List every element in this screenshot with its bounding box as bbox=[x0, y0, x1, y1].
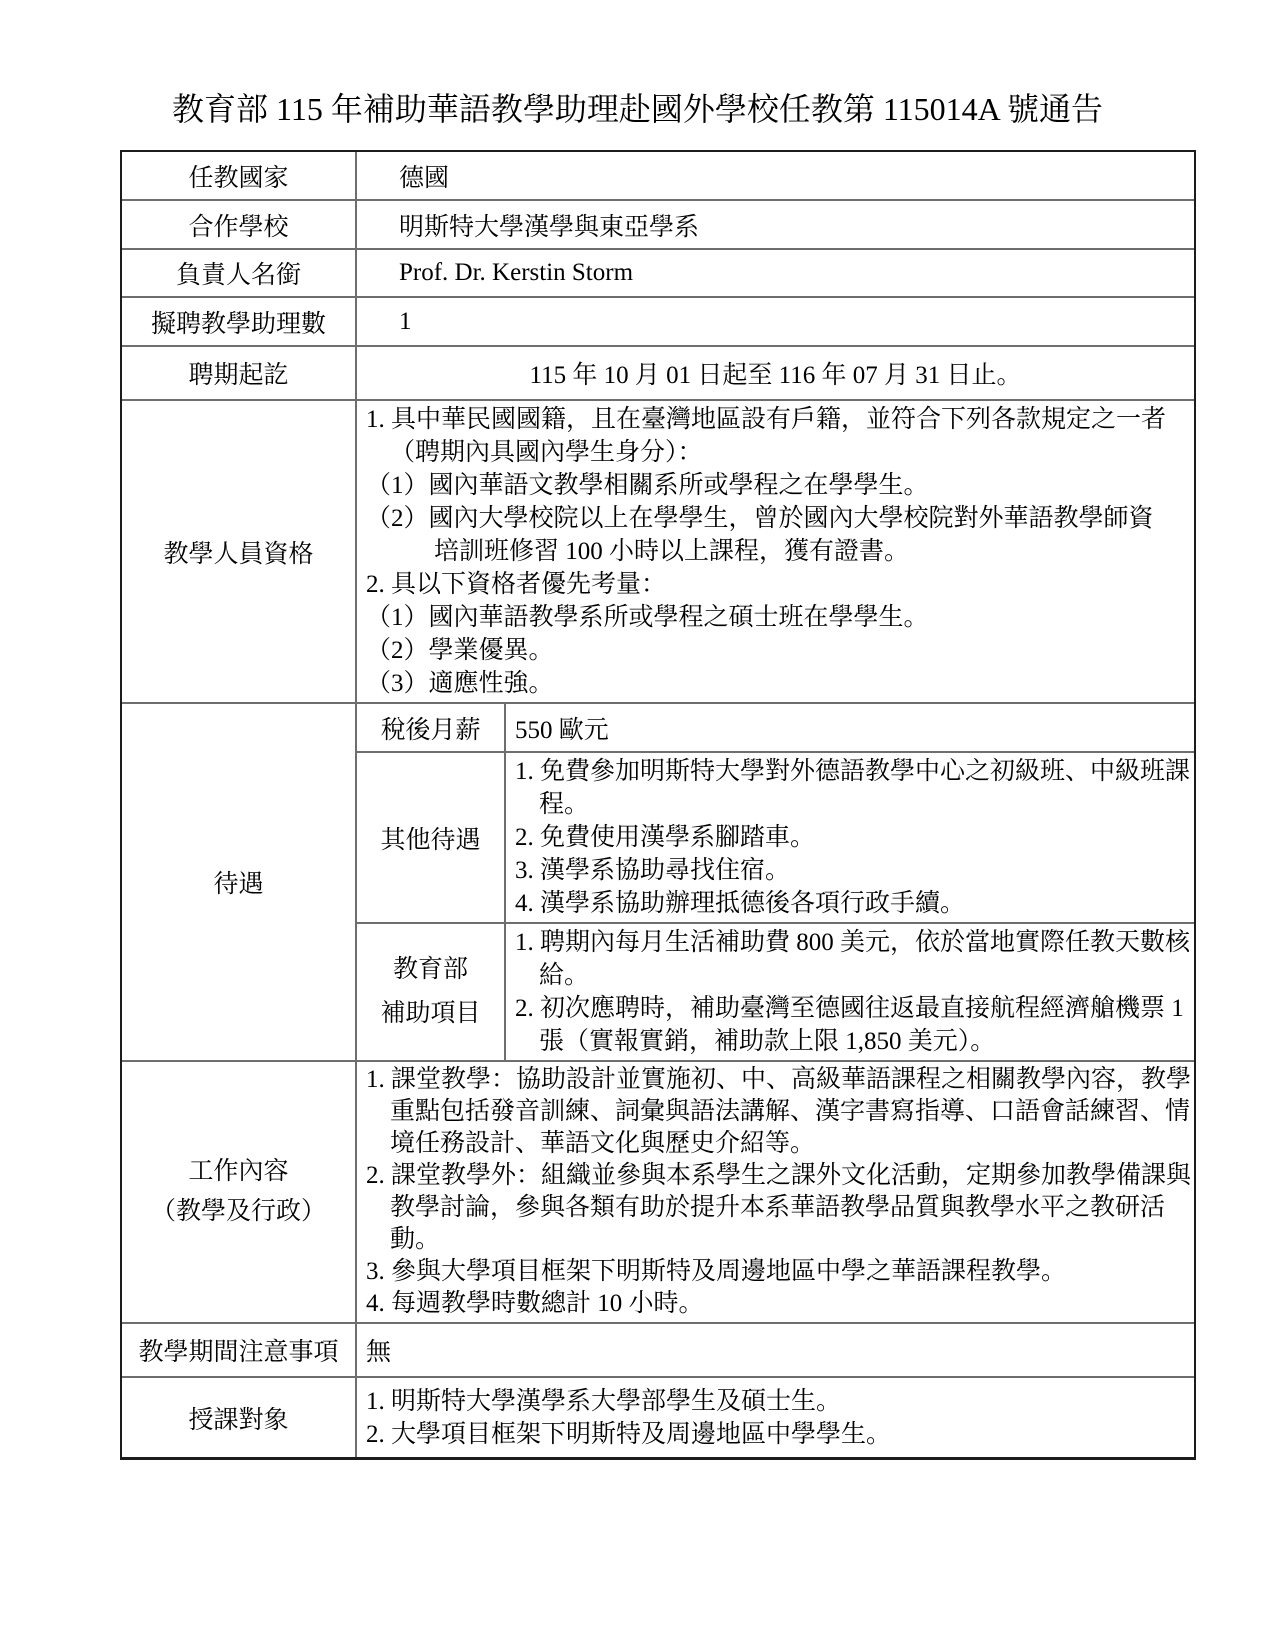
row-value: 德國 bbox=[357, 152, 1194, 199]
text-line: 培訓班修習 100 小時以上課程，獲有證書。 bbox=[366, 535, 1190, 568]
label-line: （教學及行政） bbox=[151, 1192, 326, 1232]
table-row-audience: 授課對象 1. 明斯特大學漢學系大學部學生及碩士生。 2. 大學項目框架下明斯特… bbox=[122, 1376, 1194, 1457]
text-line: （聘期內具國內學生身分）： bbox=[366, 436, 1190, 469]
subrow-value: 550 歐元 bbox=[506, 704, 1194, 751]
text-line: 3. 參與大學項目框架下明斯特及周邊地區中學之華語課程教學。 bbox=[366, 1256, 1190, 1288]
document-page: 教育部 115 年補助華語教學助理赴國外學校任教第 115014A 號通告 任教… bbox=[0, 0, 1275, 1650]
row-label: 任教國家 bbox=[122, 152, 357, 199]
table-row-notes: 教學期間注意事項 無 bbox=[122, 1322, 1194, 1376]
subrow-label: 其他待遇 bbox=[357, 753, 506, 922]
text-line: 2. 免費使用漢學系腳踏車。 bbox=[515, 821, 1190, 854]
row-content: 1. 明斯特大學漢學系大學部學生及碩士生。 2. 大學項目框架下明斯特及周邊地區… bbox=[357, 1378, 1194, 1457]
row-label: 擬聘教學助理數 bbox=[122, 298, 357, 345]
text-line: 4. 每週教學時數總計 10 小時。 bbox=[366, 1288, 1190, 1320]
text-line: （1）國內華語教學系所或學程之碩士班在學學生。 bbox=[366, 601, 1190, 634]
text-line: 程。 bbox=[515, 788, 1190, 821]
subrow-moe-subsidy: 教育部 補助項目 1. 聘期內每月生活補助費 800 美元，依於當地實際任教天數… bbox=[357, 922, 1194, 1060]
text-line: 給。 bbox=[515, 959, 1190, 992]
row-label: 待遇 bbox=[122, 704, 357, 1060]
subrow-other-benefits: 其他待遇 1. 免費參加明斯特大學對外德語教學中心之初級班、中級班課 程。 2.… bbox=[357, 751, 1194, 922]
page-title: 教育部 115 年補助華語教學助理赴國外學校任教第 115014A 號通告 bbox=[0, 84, 1275, 130]
text-line: 2. 課堂教學外：組織並參與本系學生之課外文化活動，定期參加教學備課與 bbox=[366, 1160, 1190, 1192]
row-content: 1. 課堂教學：協助設計並實施初、中、高級華語課程之相關教學內容，教學 重點包括… bbox=[357, 1062, 1194, 1322]
text-line: 1. 聘期內每月生活補助費 800 美元，依於當地實際任教天數核 bbox=[515, 926, 1190, 959]
table-row-director: 負責人名銜 Prof. Dr. Kerstin Storm bbox=[122, 248, 1194, 296]
text-line: 教學討論，參與各類有助於提升本系華語教學品質與教學水平之教研活 bbox=[366, 1192, 1190, 1224]
text-line: （1）國內華語文教學相關系所或學程之在學學生。 bbox=[366, 469, 1190, 502]
text-line: 張（實報實銷，補助款上限 1,850 美元）。 bbox=[515, 1025, 1190, 1058]
notice-table: 任教國家 德國 合作學校 明斯特大學漢學與東亞學系 負責人名銜 Prof. Dr… bbox=[120, 150, 1196, 1460]
text-line: 境任務設計、華語文化與歷史介紹等。 bbox=[366, 1128, 1190, 1160]
label-line: 工作內容 bbox=[188, 1152, 288, 1192]
row-label: 負責人名銜 bbox=[122, 250, 357, 296]
table-row-benefits: 待遇 稅後月薪 550 歐元 其他待遇 1. 免費參加明斯特大學對外德語教學中心… bbox=[122, 702, 1194, 1060]
subrow-content: 1. 免費參加明斯特大學對外德語教學中心之初級班、中級班課 程。 2. 免費使用… bbox=[506, 753, 1194, 922]
text-line: 1. 具中華民國國籍，且在臺灣地區設有戶籍，並符合下列各款規定之一者 bbox=[366, 403, 1190, 436]
subrow-content: 1. 聘期內每月生活補助費 800 美元，依於當地實際任教天數核 給。 2. 初… bbox=[506, 924, 1194, 1060]
subrow-label: 教育部 補助項目 bbox=[357, 924, 506, 1060]
table-row-school: 合作學校 明斯特大學漢學與東亞學系 bbox=[122, 199, 1194, 248]
text-line: 2. 具以下資格者優先考量： bbox=[366, 568, 1190, 601]
row-label: 合作學校 bbox=[122, 201, 357, 248]
table-row-period: 聘期起訖 115 年 10 月 01 日起至 116 年 07 月 31 日止。 bbox=[122, 345, 1194, 399]
row-label: 授課對象 bbox=[122, 1378, 357, 1457]
table-row-country: 任教國家 德國 bbox=[122, 152, 1194, 199]
text-line: 3. 漢學系協助尋找住宿。 bbox=[515, 854, 1190, 887]
row-value: 1 bbox=[357, 298, 1194, 345]
text-line: （2）國內大學校院以上在學學生，曾於國內大學校院對外華語教學師資 bbox=[366, 502, 1190, 535]
row-value: 無 bbox=[357, 1324, 1194, 1376]
row-label: 工作內容 （教學及行政） bbox=[122, 1062, 357, 1322]
label-line: 教育部 bbox=[393, 948, 468, 992]
subrow-salary: 稅後月薪 550 歐元 bbox=[357, 704, 1194, 751]
table-row-qualifications: 教學人員資格 1. 具中華民國國籍，且在臺灣地區設有戶籍，並符合下列各款規定之一… bbox=[122, 399, 1194, 702]
text-line: （3）適應性強。 bbox=[366, 667, 1190, 700]
row-value: Prof. Dr. Kerstin Storm bbox=[357, 250, 1194, 296]
text-line: 2. 大學項目框架下明斯特及周邊地區中學學生。 bbox=[366, 1418, 1190, 1451]
text-line: 1. 免費參加明斯特大學對外德語教學中心之初級班、中級班課 bbox=[515, 755, 1190, 788]
row-value: 明斯特大學漢學與東亞學系 bbox=[357, 201, 1194, 248]
row-label: 聘期起訖 bbox=[122, 347, 357, 399]
row-content: 1. 具中華民國國籍，且在臺灣地區設有戶籍，並符合下列各款規定之一者 （聘期內具… bbox=[357, 401, 1194, 702]
row-label: 教學人員資格 bbox=[122, 401, 357, 702]
row-label: 教學期間注意事項 bbox=[122, 1324, 357, 1376]
label-line: 補助項目 bbox=[380, 992, 480, 1036]
table-row-duties: 工作內容 （教學及行政） 1. 課堂教學：協助設計並實施初、中、高級華語課程之相… bbox=[122, 1060, 1194, 1322]
table-row-ta-count: 擬聘教學助理數 1 bbox=[122, 296, 1194, 345]
text-line: 重點包括發音訓練、詞彙與語法講解、漢字書寫指導、口語會話練習、情 bbox=[366, 1096, 1190, 1128]
text-line: 4. 漢學系協助辦理抵德後各項行政手續。 bbox=[515, 887, 1190, 920]
benefits-subtable: 稅後月薪 550 歐元 其他待遇 1. 免費參加明斯特大學對外德語教學中心之初級… bbox=[357, 704, 1194, 1060]
subrow-label: 稅後月薪 bbox=[357, 704, 506, 751]
text-line: （2）學業優異。 bbox=[366, 634, 1190, 667]
text-line: 1. 課堂教學：協助設計並實施初、中、高級華語課程之相關教學內容，教學 bbox=[366, 1064, 1190, 1096]
text-line: 2. 初次應聘時，補助臺灣至德國往返最直接航程經濟艙機票 1 bbox=[515, 992, 1190, 1025]
row-value: 115 年 10 月 01 日起至 116 年 07 月 31 日止。 bbox=[357, 347, 1194, 399]
text-line: 1. 明斯特大學漢學系大學部學生及碩士生。 bbox=[366, 1385, 1190, 1418]
text-line: 動。 bbox=[366, 1224, 1190, 1256]
